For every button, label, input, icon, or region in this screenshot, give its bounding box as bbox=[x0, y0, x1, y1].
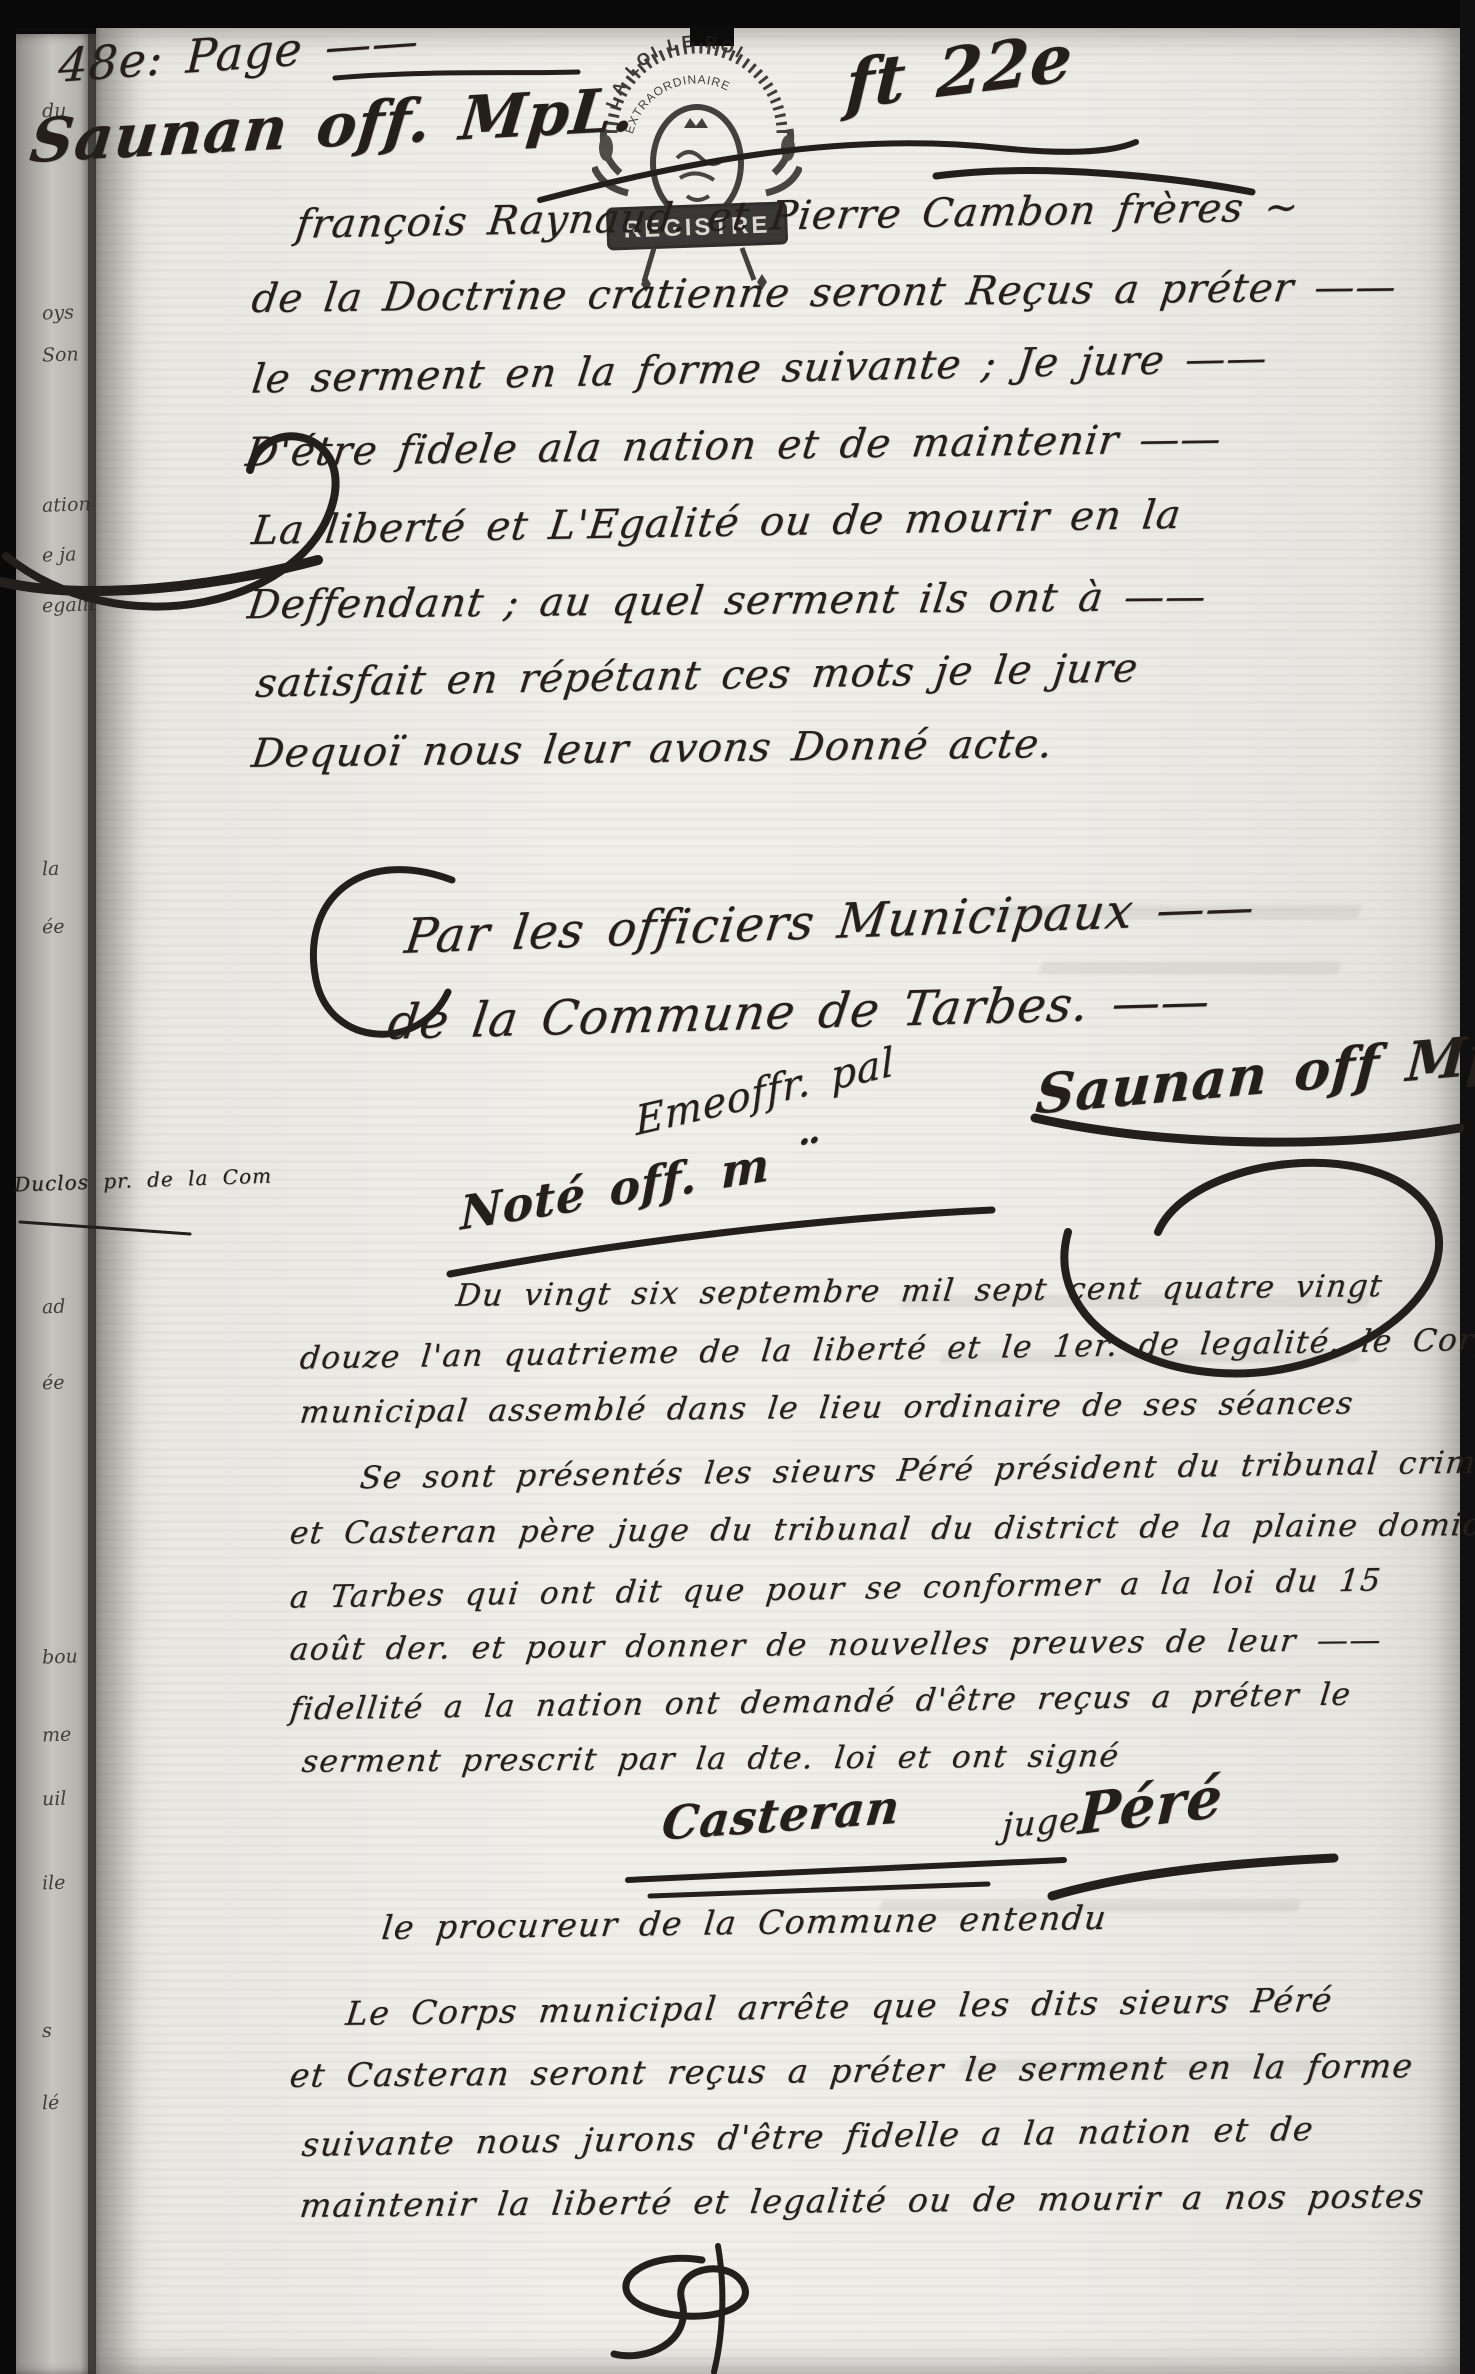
scan-border-notch bbox=[690, 26, 734, 46]
scan-border-right bbox=[1460, 0, 1475, 2374]
manuscript-line: Deffendant ; au quel serment ils ont à —… bbox=[245, 577, 1209, 625]
margin-fragment: uil bbox=[42, 1788, 67, 1811]
facing-page-edge: du oys Son ation e ja egalité la ée ad é… bbox=[16, 34, 96, 2374]
manuscript-line: serment prescrit par la dte. loi et ont … bbox=[300, 1741, 1121, 1778]
bleedthrough-streak bbox=[1038, 962, 1342, 974]
margin-fragment: lé bbox=[42, 2092, 60, 2115]
signature-casteran-title: juge bbox=[1001, 1802, 1081, 1843]
margin-fragment: ée bbox=[42, 916, 65, 939]
scanned-manuscript-page: { "header": { "page_number": "48e: Page … bbox=[0, 0, 1475, 2374]
margin-fragment: ile bbox=[42, 1872, 66, 1895]
margin-fragment: e ja bbox=[42, 543, 77, 566]
margin-fragment: me bbox=[42, 1723, 72, 1746]
manuscript-line: municipal assemblé dans le lieu ordinair… bbox=[298, 1388, 1355, 1428]
margin-fragment: la bbox=[42, 858, 60, 881]
manuscript-line: et Casteran seront reçus a préter le ser… bbox=[288, 2049, 1415, 2092]
manuscript-line: Dequoï nous leur avons Donné acte. bbox=[249, 724, 1055, 774]
margin-fragment: ation bbox=[42, 493, 91, 517]
margin-fragment: Son bbox=[42, 343, 79, 366]
manuscript-line: maintenir la liberté et legalité ou de m… bbox=[298, 2179, 1427, 2222]
margin-fragment: oys bbox=[42, 301, 75, 324]
margin-fragment: bou bbox=[42, 1645, 79, 1668]
margin-fragment: s bbox=[42, 2020, 53, 2042]
procureur-line: le procureur de la Commune entendu bbox=[380, 1901, 1109, 1944]
signature-pere: Péré bbox=[1077, 1769, 1224, 1844]
margin-fragment: ad bbox=[42, 1296, 66, 1319]
margin-fragment: ée bbox=[42, 1372, 65, 1395]
manuscript-line: de la Doctrine cratienne seront Reçus a … bbox=[249, 267, 1399, 319]
binding-crease bbox=[88, 26, 102, 2374]
manuscript-line: et Casteran père juge du tribunal du dis… bbox=[288, 1510, 1475, 1550]
scan-border-top bbox=[0, 0, 1475, 28]
